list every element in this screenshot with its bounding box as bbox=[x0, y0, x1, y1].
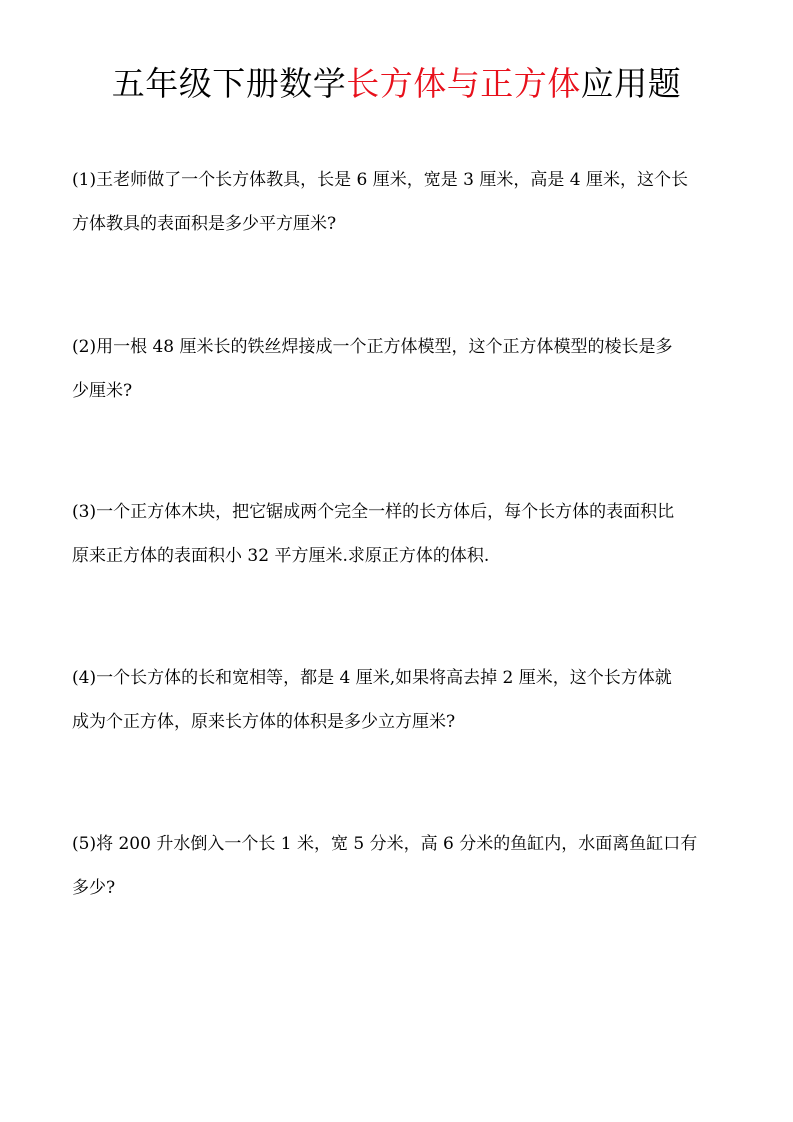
question-line: 方体教具的表面积是多少平方厘米? bbox=[72, 202, 724, 246]
question-line: 成为个正方体，原来长方体的体积是多少立方厘米? bbox=[72, 700, 724, 744]
title-prefix: 五年级下册数学 bbox=[112, 64, 347, 103]
question-5: (5)将 200 升水倒入一个长 1 米，宽 5 分米，高 6 分米的鱼缸内，水… bbox=[72, 822, 724, 910]
question-line: (5)将 200 升水倒入一个长 1 米，宽 5 分米，高 6 分米的鱼缸内，水… bbox=[72, 822, 724, 866]
question-line: 多少? bbox=[72, 866, 724, 910]
question-1: (1)王老师做了一个长方体教具，长是 6 厘米，宽是 3 厘米，高是 4 厘米，… bbox=[72, 158, 724, 246]
question-line: 少厘米? bbox=[72, 369, 724, 413]
title-highlight: 长方体与正方体 bbox=[346, 64, 581, 103]
question-line: (1)王老师做了一个长方体教具，长是 6 厘米，宽是 3 厘米，高是 4 厘米，… bbox=[72, 158, 724, 202]
question-line: 原来正方体的表面积小 32 平方厘米.求原正方体的体积. bbox=[72, 534, 724, 578]
question-line: (4)一个长方体的长和宽相等，都是 4 厘米,如果将高去掉 2 厘米，这个长方体… bbox=[72, 656, 724, 700]
question-3: (3)一个正方体木块，把它锯成两个完全一样的长方体后，每个长方体的表面积比 原来… bbox=[72, 490, 724, 578]
question-line: (3)一个正方体木块，把它锯成两个完全一样的长方体后，每个长方体的表面积比 bbox=[72, 490, 724, 534]
question-line: (2)用一根 48 厘米长的铁丝焊接成一个正方体模型，这个正方体模型的棱长是多 bbox=[72, 325, 724, 369]
question-4: (4)一个长方体的长和宽相等，都是 4 厘米,如果将高去掉 2 厘米，这个长方体… bbox=[72, 656, 724, 744]
page-title: 五年级下册数学长方体与正方体应用题 bbox=[0, 62, 793, 106]
question-2: (2)用一根 48 厘米长的铁丝焊接成一个正方体模型，这个正方体模型的棱长是多 … bbox=[72, 325, 724, 413]
title-suffix: 应用题 bbox=[581, 64, 682, 103]
